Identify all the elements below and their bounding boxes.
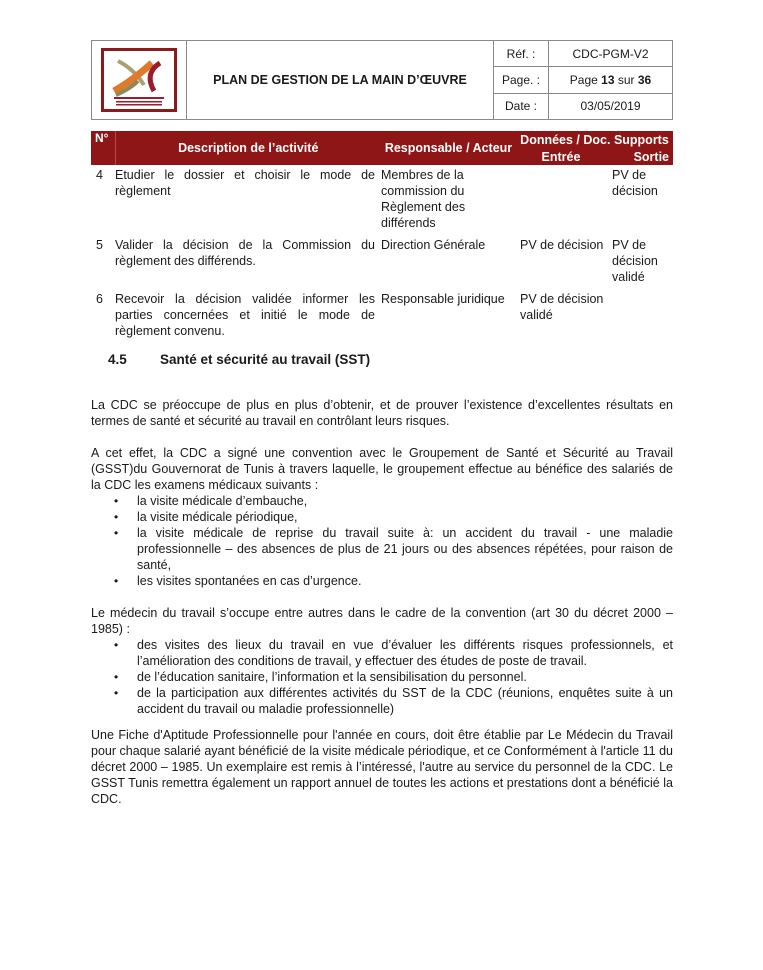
col-header-description: Description de l’activité <box>115 131 381 165</box>
row-sortie: PV de décision validé <box>606 237 673 285</box>
list-item-text: de l’éducation sanitaire, l’information … <box>137 670 527 684</box>
list-item: •de la participation aux différentes act… <box>91 685 673 717</box>
list-item: •de l’éducation sanitaire, l’information… <box>91 669 673 685</box>
list-item: •des visites des lieux du travail en vue… <box>91 637 673 669</box>
row-description: Etudier le dossier et choisir le mode de… <box>115 167 381 231</box>
activity-table: N° Description de l’activité Responsable… <box>91 131 673 339</box>
bullet-icon: • <box>114 685 118 701</box>
bullet-icon: • <box>114 525 118 541</box>
page-total: 36 <box>638 73 651 87</box>
paragraph-fiche-aptitude: Une Fiche d'Aptitude Professionnelle pou… <box>91 727 673 807</box>
ref-value: CDC-PGM-V2 <box>549 41 672 66</box>
list-item-text: la visite médicale d’embauche, <box>137 494 307 508</box>
row-responsable: Responsable juridique <box>381 291 516 339</box>
ref-row: Réf. : CDC-PGM-V2 <box>494 41 672 67</box>
row-number: 4 <box>91 167 115 231</box>
page-prefix: Page <box>570 73 598 87</box>
section-heading: 4.5Santé et sécurité au travail (SST) <box>108 352 370 367</box>
list-item-text: la visite médicale périodique, <box>137 510 298 524</box>
table-row: 4Etudier le dossier et choisir le mode d… <box>91 167 673 231</box>
col-header-entree: Entrée <box>516 148 606 165</box>
date-label: Date : <box>494 94 549 119</box>
paragraph-medecin: Le médecin du travail s’occupe entre aut… <box>91 605 673 637</box>
row-number: 5 <box>91 237 115 285</box>
row-responsable: Membres de la commission du Règlement de… <box>381 167 516 231</box>
row-description: Valider la décision de la Commission du … <box>115 237 381 285</box>
bullet-icon: • <box>114 637 118 653</box>
list-item-text: les visites spontanées en cas d’urgence. <box>137 574 361 588</box>
bullet-icon: • <box>114 509 118 525</box>
page-row: Page. : Page 13 sur 36 <box>494 67 672 93</box>
page-sep: sur <box>618 73 635 87</box>
page-label: Page. : <box>494 67 549 92</box>
list-item: •les visites spontanées en cas d’urgence… <box>91 573 673 589</box>
table-row: 6Recevoir la décision validée informer l… <box>91 291 673 339</box>
page-value: Page 13 sur 36 <box>549 67 672 92</box>
section-title: Santé et sécurité au travail (SST) <box>160 352 370 367</box>
row-entree: PV de décision validé <box>516 291 606 339</box>
cdc-logo-icon <box>101 48 177 112</box>
list-item-text: des visites des lieux du travail en vue … <box>137 638 673 668</box>
paragraph-convention: A cet effet, la CDC a signé une conventi… <box>91 445 673 493</box>
document-meta: Réf. : CDC-PGM-V2 Page. : Page 13 sur 36… <box>494 41 672 119</box>
page-current: 13 <box>601 73 614 87</box>
col-header-sortie: Sortie <box>606 148 673 165</box>
date-value: 03/05/2019 <box>549 94 672 119</box>
row-entree <box>516 167 606 231</box>
list-item: •la visite médicale d’embauche, <box>91 493 673 509</box>
list-item: •la visite médicale de reprise du travai… <box>91 525 673 573</box>
bullet-icon: • <box>114 493 118 509</box>
section-number: 4.5 <box>108 352 160 367</box>
row-sortie: PV de décision <box>606 167 673 231</box>
document-title: PLAN DE GESTION DE LA MAIN D’ŒUVRE <box>187 41 494 119</box>
row-entree: PV de décision <box>516 237 606 285</box>
row-number: 6 <box>91 291 115 339</box>
logo-cell <box>92 41 187 119</box>
medecin-duties-list: •des visites des lieux du travail en vue… <box>91 637 673 717</box>
cdc-logo-graphic <box>104 51 174 109</box>
col-header-num: N° <box>91 131 115 165</box>
medical-exams-list: •la visite médicale d’embauche,•la visit… <box>91 493 673 589</box>
row-responsable: Direction Générale <box>381 237 516 285</box>
table-row: 5Valider la décision de la Commission du… <box>91 237 673 285</box>
ref-label: Réf. : <box>494 41 549 66</box>
document-header: PLAN DE GESTION DE LA MAIN D’ŒUVRE Réf. … <box>91 40 673 120</box>
row-sortie <box>606 291 673 339</box>
list-item-text: de la participation aux différentes acti… <box>137 686 673 716</box>
col-header-responsable: Responsable / Acteur <box>381 131 516 165</box>
col-header-donnees: Données / Doc. Supports <box>516 131 673 148</box>
paragraph-intro: La CDC se préoccupe de plus en plus d’ob… <box>91 397 673 429</box>
date-row: Date : 03/05/2019 <box>494 94 672 119</box>
row-description: Recevoir la décision validée informer le… <box>115 291 381 339</box>
list-item-text: la visite médicale de reprise du travail… <box>137 526 673 572</box>
list-item: •la visite médicale périodique, <box>91 509 673 525</box>
bullet-icon: • <box>114 573 118 589</box>
bullet-icon: • <box>114 669 118 685</box>
